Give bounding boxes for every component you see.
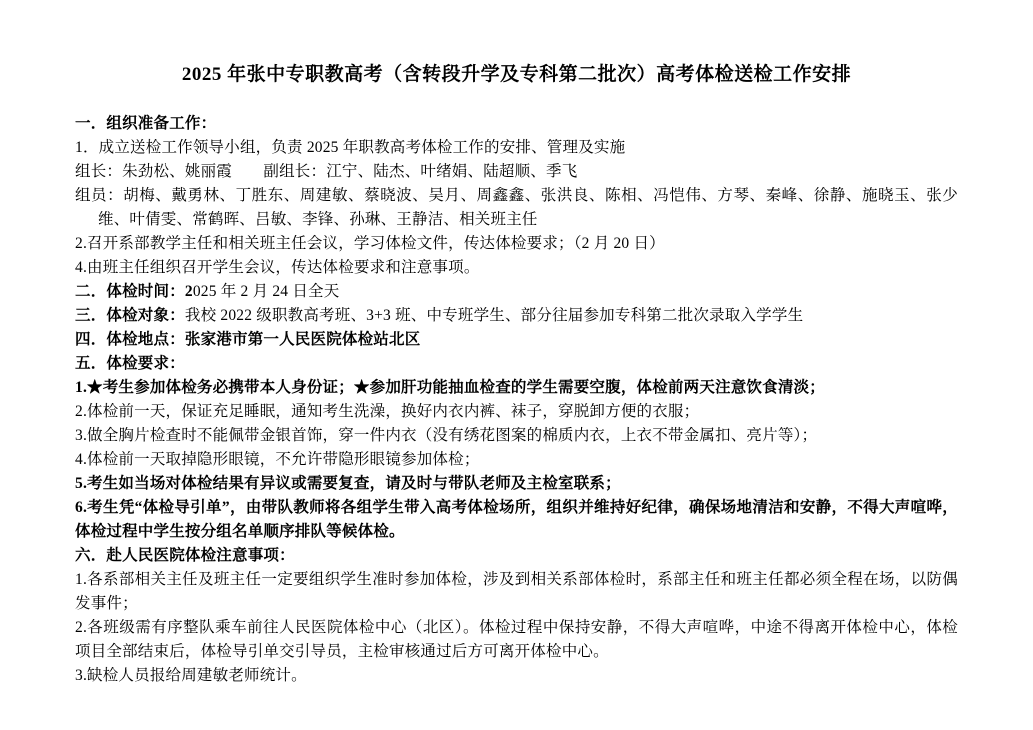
paragraph-section3-target: 三．体检对象：我校 2022 级职教高考班、3+3 班、中专班学生、部分往届参加… bbox=[75, 304, 958, 328]
paragraph-section1-item4: 4.由班主任组织召开学生会议，传达体检要求和注意事项。 bbox=[75, 256, 958, 280]
text-run: 我校 2022 级职教高考班、3+3 班、中专班学生、部分往届参加专科第二批次录… bbox=[185, 307, 803, 324]
document-title: 2025 年张中专职教高考（含转段升学及专科第二批次）高考体检送检工作安排 bbox=[75, 62, 958, 88]
text-run: 2.各班级需有序整队乘车前往人民医院体检中心（北区）。体检过程中保持安静，不得大… bbox=[75, 619, 958, 660]
bold-text-run: 5.考生如当场对体检结果有异议或需要复查，请及时与带队老师及主检室联系； bbox=[75, 475, 621, 492]
text-run: 4.体检前一天取掉隐形眼镜，不允许带隐形眼镜参加体检； bbox=[75, 451, 480, 468]
paragraph-section6-item3: 3.缺检人员报给周建敏老师统计。 bbox=[75, 664, 958, 688]
bold-text-run: 三．体检对象： bbox=[75, 307, 185, 324]
paragraph-section5-item3: 3.做全胸片检查时不能佩带金银首饰，穿一件内衣（没有绣花图案的棉质内衣，上衣不带… bbox=[75, 424, 958, 448]
paragraph-section1-item2: 2.召开系部教学主任和相关班主任会议，学习体检文件，传达体检要求；（2 月 20… bbox=[75, 232, 958, 256]
paragraph-section2-time: 二．体检时间：2025 年 2 月 24 日全天 bbox=[75, 280, 958, 304]
text-run: 2.召开系部教学主任和相关班主任会议，学习体检文件，传达体检要求；（2 月 20… bbox=[75, 235, 665, 252]
text-run: 4.由班主任组织召开学生会议，传达体检要求和注意事项。 bbox=[75, 259, 480, 276]
document-body: 一．组织准备工作：1．成立送检工作领导小组，负责 2025 年职教高考体检工作的… bbox=[75, 112, 958, 688]
paragraph-section5-item1: 1.★考生参加体检务必携带本人身份证；★参加肝功能抽血检查的学生需要空腹，体检前… bbox=[75, 376, 958, 400]
text-run: 3.缺检人员报给周建敏老师统计。 bbox=[75, 667, 307, 684]
paragraph-section6-item1: 1.各系部相关主任及班主任一定要组织学生准时参加体检，涉及到相关系部体检时，系部… bbox=[75, 568, 958, 616]
bold-text-run: 四．体检地点：张家港市第一人民医院体检站北区 bbox=[75, 331, 420, 348]
paragraph-section1-item1: 1．成立送检工作领导小组，负责 2025 年职教高考体检工作的安排、管理及实施 bbox=[75, 136, 958, 160]
paragraph-section5-item5: 5.考生如当场对体检结果有异议或需要复查，请及时与带队老师及主检室联系； bbox=[75, 472, 958, 496]
paragraph-section5-heading: 五．体检要求： bbox=[75, 352, 958, 376]
text-run: 025 年 2 月 24 日全天 bbox=[193, 283, 340, 300]
bold-text-run: 6.考生凭“体检导引单”，由带队教师将各组学生带入高考体检场所，组织并维持好纪律… bbox=[75, 499, 958, 540]
bold-text-run: 一．组织准备工作： bbox=[75, 115, 216, 132]
paragraph-section5-item2: 2.体检前一天，保证充足睡眠，通知考生洗澡，换好内衣内裤、袜子，穿脱卸方便的衣服… bbox=[75, 400, 958, 424]
paragraph-section5-item6: 6.考生凭“体检导引单”，由带队教师将各组学生带入高考体检场所，组织并维持好纪律… bbox=[75, 496, 958, 544]
paragraph-section1-leaders: 组长：朱劲松、姚丽霞 副组长：江宁、陆杰、叶绪娟、陆超顺、季飞 bbox=[75, 160, 958, 184]
paragraph-section1-heading: 一．组织准备工作： bbox=[75, 112, 958, 136]
paragraph-section4-place: 四．体检地点：张家港市第一人民医院体检站北区 bbox=[75, 328, 958, 352]
text-run: 3.做全胸片检查时不能佩带金银首饰，穿一件内衣（没有绣花图案的棉质内衣，上衣不带… bbox=[75, 427, 817, 444]
bold-text-run: 五．体检要求： bbox=[75, 355, 185, 372]
paragraph-section1-members: 组员：胡梅、戴勇林、丁胜东、周建敏、蔡晓波、吴月、周鑫鑫、张洪良、陈相、冯恺伟、… bbox=[75, 184, 958, 232]
text-run: 组长：朱劲松、姚丽霞 副组长：江宁、陆杰、叶绪娟、陆超顺、季飞 bbox=[75, 163, 577, 180]
document-page: 2025 年张中专职教高考（含转段升学及专科第二批次）高考体检送检工作安排 一．… bbox=[0, 0, 1033, 730]
text-run: 1．成立送检工作领导小组，负责 2025 年职教高考体检工作的安排、管理及实施 bbox=[75, 139, 625, 156]
bold-text-run: 六．赴人民医院体检注意事项： bbox=[75, 547, 295, 564]
bold-text-run: 二．体检时间：2 bbox=[75, 283, 193, 300]
paragraph-section6-heading: 六．赴人民医院体检注意事项： bbox=[75, 544, 958, 568]
paragraph-section5-item4: 4.体检前一天取掉隐形眼镜，不允许带隐形眼镜参加体检； bbox=[75, 448, 958, 472]
text-run: 1.各系部相关主任及班主任一定要组织学生准时参加体检，涉及到相关系部体检时，系部… bbox=[75, 571, 958, 612]
paragraph-section6-item2: 2.各班级需有序整队乘车前往人民医院体检中心（北区）。体检过程中保持安静，不得大… bbox=[75, 616, 958, 664]
bold-text-run: 1.★考生参加体检务必携带本人身份证；★参加肝功能抽血检查的学生需要空腹，体检前… bbox=[75, 379, 825, 396]
text-run: 2.体检前一天，保证充足睡眠，通知考生洗澡，换好内衣内裤、袜子，穿脱卸方便的衣服… bbox=[75, 403, 699, 420]
document-content: 2025 年张中专职教高考（含转段升学及专科第二批次）高考体检送检工作安排 一．… bbox=[0, 0, 1033, 688]
text-run: 组员：胡梅、戴勇林、丁胜东、周建敏、蔡晓波、吴月、周鑫鑫、张洪良、陈相、冯恺伟、… bbox=[75, 187, 958, 228]
